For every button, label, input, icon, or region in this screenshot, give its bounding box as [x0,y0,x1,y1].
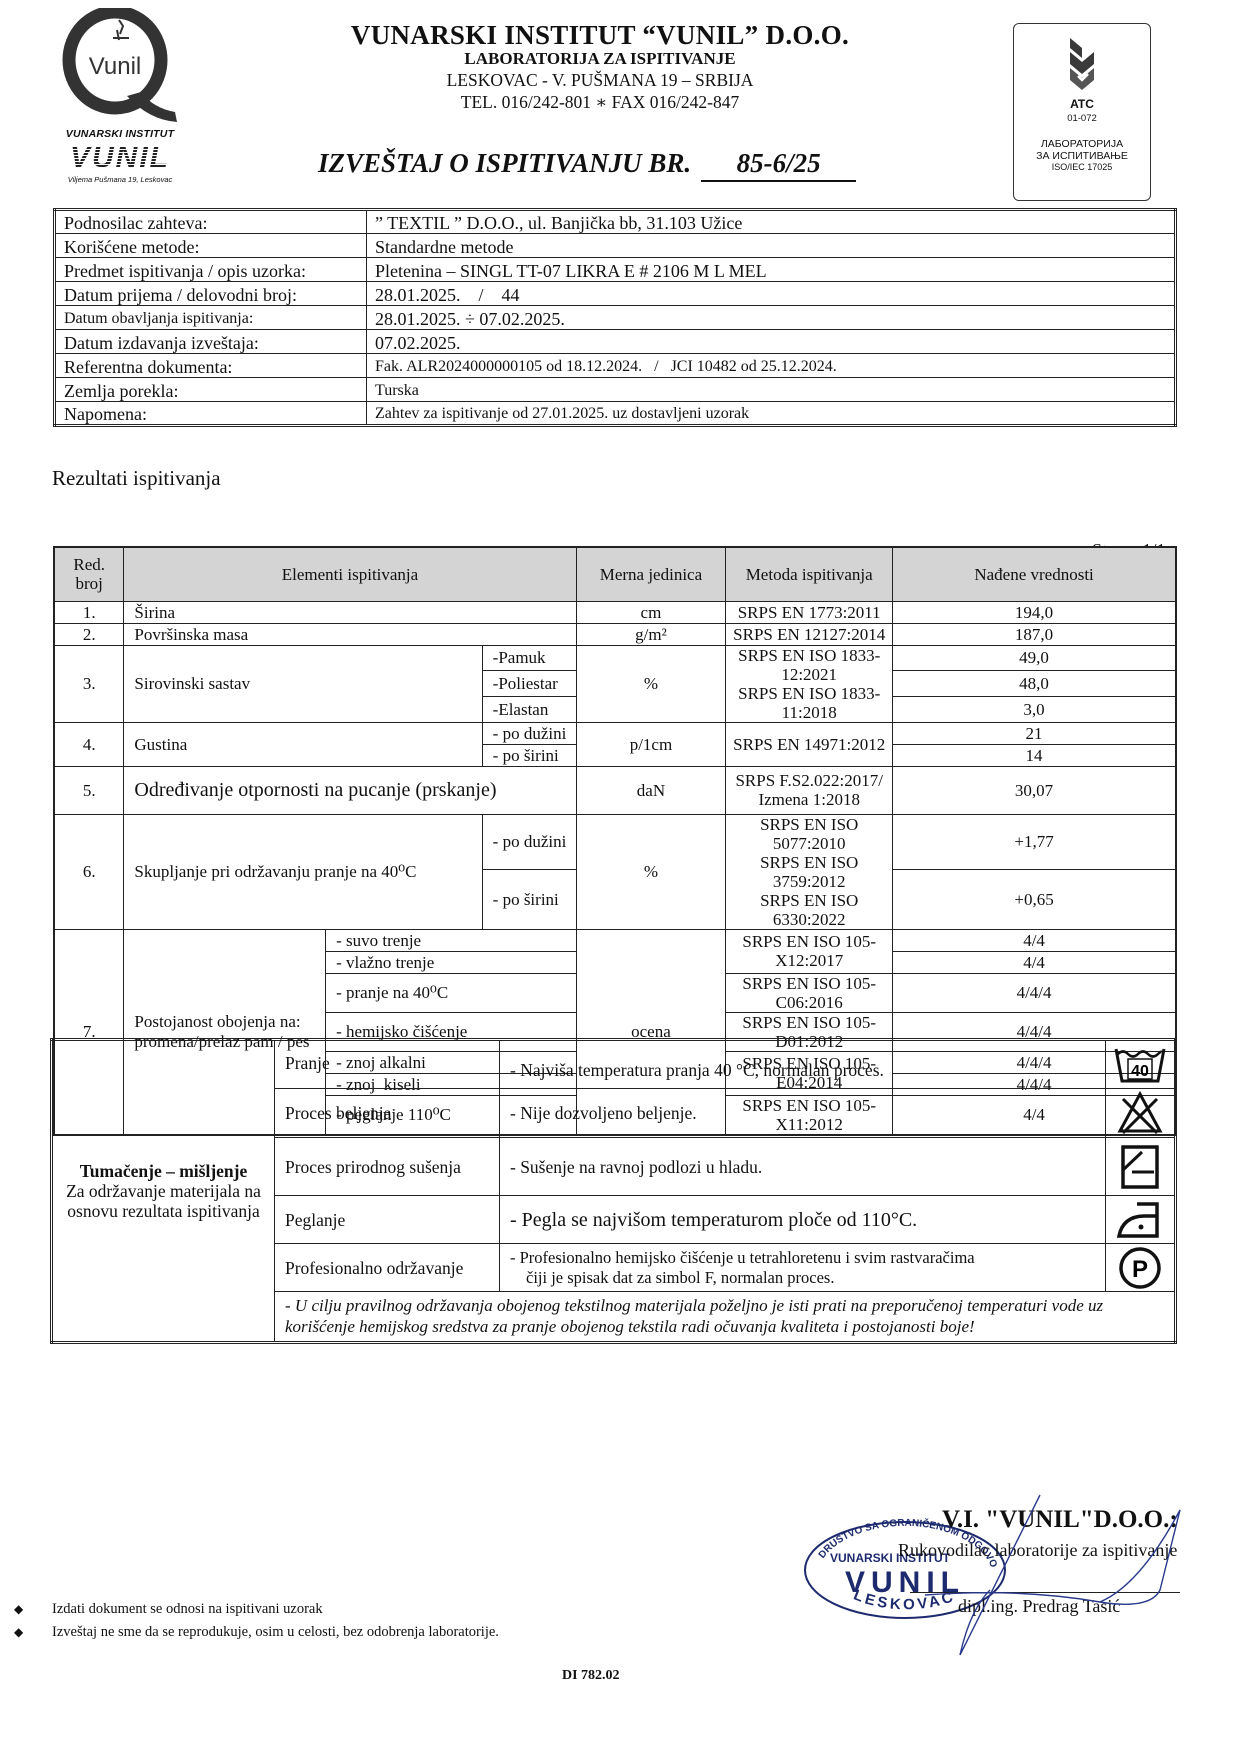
care-label: Peglanje [275,1196,500,1244]
care-description-line: - Profesionalno hemijsko čišćenje u tetr… [510,1248,1105,1268]
accreditation-mark: ATC [1014,97,1150,111]
row-number: 2. [54,623,124,645]
table-row: 6. Skupljanje pri održavanju pranje na 4… [54,814,1176,870]
info-value: Pletenina – SINGL TT-07 LIKRA E # 2106 M… [367,258,1176,282]
row-value: 187,0 [893,623,1176,645]
institute-contact: TEL. 016/242-801 ∗ FAX 016/242-847 [300,92,900,113]
results-section-title: Rezultati ispitivanja [52,466,221,491]
row-sub-label: - pranje na 40⁰C [326,973,576,1012]
row-method: SRPS EN ISO 5077:2010SRPS EN ISO 3759:20… [726,814,893,929]
col-header-method: Metoda ispitivanja [726,547,893,601]
row-number: 3. [54,645,124,722]
care-description: - Sušenje na ravnoj podlozi u hladu. [500,1138,1106,1196]
row-sub-label: -Elastan [482,696,576,722]
footer-notes: ◆Izdati dokument se odnosi na ispitivani… [14,1598,499,1644]
table-row: 4. Gustina - po dužini p/1cm SRPS EN 149… [54,722,1176,744]
care-label: Profesionalno održavanje [275,1244,500,1292]
bullet-icon: ◆ [14,1621,23,1644]
info-value: Fak. ALR2024000000105 od 18.12.2024. / J… [367,354,1176,378]
row-sub-label: - po širini [482,744,576,766]
row-element: Gustina [124,722,482,766]
info-row: Referentna dokumenta:Fak. ALR20240000001… [55,354,1176,378]
accreditation-badge: ATC 01-072 ЛАБОРАТОРИЈА ЗА ИСПИТИВАЊЕ IS… [1013,23,1151,201]
care-symbol [1106,1196,1176,1244]
laboratory-name: LABORATORIJA ZA ISPITIVANJE [300,49,900,69]
info-value: Zahtev za ispitivanje od 27.01.2025. uz … [367,402,1176,426]
atc-accreditation-icon [1062,36,1102,94]
info-label: Zemlja porekla: [55,378,367,402]
care-symbol: 40 [1106,1040,1176,1089]
row-sub-label: -Pamuk [482,645,576,671]
table-row: 2. Površinska masa g/m² SRPS EN 12127:20… [54,623,1176,645]
info-label: Predmet ispitivanja / opis uzorka: [55,258,367,282]
svg-text:P: P [1132,1256,1148,1283]
row-value: 4/4/4 [893,973,1176,1012]
institute-address: LESKOVAC - V. PUŠMANA 19 – SRBIJA [300,70,900,91]
row-unit: cm [576,601,726,623]
info-value: 07.02.2025. [367,330,1176,354]
method-line: SRPS EN ISO 5077:2010 [730,815,888,853]
row-value: 21 [893,722,1176,744]
row-value: 194,0 [893,601,1176,623]
request-info-table: Podnosilac zahteva:” TEXTIL ” D.O.O., ul… [53,208,1177,427]
method-line: SRPS EN ISO 1833-12:2021 [730,646,888,684]
col-header-no: Red. broj [54,547,124,601]
info-value: 28.01.2025. / 44 [367,282,1176,306]
footer-note-text: Izdati dokument se odnosi na ispitivani … [52,1601,323,1617]
row-sub-label: - po dužini [482,814,576,870]
care-row: Tumačenje – mišljenje Za održavanje mate… [52,1040,1176,1089]
row-element: Površinska masa [124,623,576,645]
method-line: SRPS F.S2.022:2017/ [730,771,888,790]
table-row: 3. Sirovinski sastav -Pamuk % SRPS EN IS… [54,645,1176,671]
footer-note: ◆Izdati dokument se odnosi na ispitivani… [14,1598,499,1621]
care-description: - Najviša temperatura pranja 40 °C, norm… [500,1040,1106,1089]
info-value: ” TEXTIL ” D.O.O., ul. Banjička bb, 31.1… [367,210,1176,234]
table-row: 1. Širina cm SRPS EN 1773:2011 194,0 [54,601,1176,623]
info-label: Napomena: [55,402,367,426]
row-sub-label: - vlažno trenje [326,951,576,973]
care-description-line: čiji je spisak dat za simbol F, normalan… [510,1268,1105,1288]
method-line: SRPS EN ISO 6330:2022 [730,891,888,929]
letterhead: VUNARSKI INSTITUT “VUNIL” D.O.O. LABORAT… [300,20,900,113]
row-number: 5. [54,766,124,814]
row-value: 48,0 [893,671,1176,697]
care-symbol [1106,1089,1176,1138]
row-number: 6. [54,814,124,929]
interpretation-title: Tumačenje – mišljenje [59,1161,268,1181]
method-line: SRPS EN ISO 3759:2012 [730,853,888,891]
col-header-unit: Merna jedinica [576,547,726,601]
report-title: IZVEŠTAJ O ISPITIVANJU BR.85-6/25 [318,148,856,182]
row-sub-label: - po širini [482,870,576,929]
institute-name: VUNARSKI INSTITUT “VUNIL” D.O.O. [300,20,900,51]
row-method: SRPS EN 1773:2011 [726,601,893,623]
accreditation-line1: ЛАБОРАТОРИЈА [1014,138,1150,150]
footer-note-text: Izveštaj ne sme da se reprodukuje, osim … [52,1624,499,1640]
care-description: - Pegla se najvišom temperaturom ploče o… [500,1196,1106,1244]
accreditation-code: 01-072 [1014,113,1150,124]
row-method: SRPS EN ISO 1833-12:2021SRPS EN ISO 1833… [726,645,893,722]
info-row: Datum prijema / delovodni broj:28.01.202… [55,282,1176,306]
care-symbol [1106,1138,1176,1196]
info-label: Datum izdavanja izveštaja: [55,330,367,354]
row-element: Sirovinski sastav [124,645,482,722]
svg-text:Vunil: Vunil [89,53,141,80]
care-description: - Nije dozvoljeno beljenje. [500,1089,1106,1138]
q-logo-icon: Vunil [57,8,179,126]
accreditation-standard: ISO/IEC 17025 [1014,162,1150,173]
table-row: 7. Postojanost obojenja na: promena/prel… [54,929,1176,951]
info-row: Datum izdavanja izveštaja:07.02.2025. [55,330,1176,354]
logo-address: Viljema Pušmana 19, Leskovac [55,175,185,184]
row-element: Određivanje otpornosti na pucanje (prska… [124,766,576,814]
row-value: 4/4 [893,951,1176,973]
results-header-row: Red. broj Elementi ispitivanja Merna jed… [54,547,1176,601]
document-code: DI 782.02 [562,1668,620,1684]
row-unit: % [576,645,726,722]
info-row: Datum obavljanja ispitivanja:28.01.2025.… [55,306,1176,330]
care-label: Proces prirodnog sušenja [275,1138,500,1196]
row-method: SRPS EN 12127:2014 [726,623,893,645]
row-unit: daN [576,766,726,814]
col-header-element: Elementi ispitivanja [124,547,576,601]
care-description: - Profesionalno hemijsko čišćenje u tetr… [500,1244,1106,1292]
footer-note: ◆Izveštaj ne sme da se reprodukuje, osim… [14,1621,499,1644]
info-label: Referentna dokumenta: [55,354,367,378]
method-line: Izmena 1:2018 [730,790,888,809]
handwritten-signature [900,1490,1200,1660]
row-method: SRPS EN ISO 105-X12:2017 [726,929,893,973]
info-row: Predmet ispitivanja / opis uzorka:Pleten… [55,258,1176,282]
row-method: SRPS F.S2.022:2017/Izmena 1:2018 [726,766,893,814]
info-row: Podnosilac zahteva:” TEXTIL ” D.O.O., ul… [55,210,1176,234]
info-row: Zemlja porekla:Turska [55,378,1176,402]
wash-40-icon: 40 [1112,1045,1168,1085]
row-unit: % [576,814,726,929]
info-value: Standardne metode [367,234,1176,258]
row-sub-label: - suvo trenje [326,929,576,951]
interpretation-heading: Tumačenje – mišljenje Za održavanje mate… [52,1040,275,1343]
row-number: 4. [54,722,124,766]
info-row: Korišćene metode:Standardne metode [55,234,1176,258]
dry-flat-shade-icon [1120,1144,1160,1190]
dry-clean-p-icon: P [1117,1245,1163,1291]
care-symbol: P [1106,1244,1176,1292]
logo-brand: VUNIL [55,141,185,175]
info-label: Korišćene metode: [55,234,367,258]
institute-logo: Vunil VUNARSKI INSTITUT VUNIL Viljema Pu… [55,8,185,178]
row-value: 14 [893,744,1176,766]
care-label: Proces beljenja [275,1089,500,1138]
method-line: SRPS EN ISO 1833-11:2018 [730,684,888,722]
interpretation-text: Za održavanje materijala na osnovu rezul… [59,1181,268,1221]
care-interpretation-table: Tumačenje – mišljenje Za održavanje mate… [50,1038,1177,1344]
iron-low-temp-icon [1115,1200,1165,1240]
info-label: Datum prijema / delovodni broj: [55,282,367,306]
report-number: 85-6/25 [701,148,856,182]
col-header-value: Nađene vrednosti [893,547,1176,601]
row-value: 3,0 [893,696,1176,722]
row-sub-label: -Poliestar [482,671,576,697]
row-value: 4/4 [893,929,1176,951]
row-number: 1. [54,601,124,623]
logo-caption: VUNARSKI INSTITUT [55,128,185,140]
row-unit: g/m² [576,623,726,645]
row-unit: p/1cm [576,722,726,766]
row-value: +1,77 [893,814,1176,870]
row-value: 30,07 [893,766,1176,814]
svg-text:40: 40 [1131,1063,1149,1080]
report-title-text: IZVEŠTAJ O ISPITIVANJU BR. [318,148,691,178]
row-sub-label: - po dužini [482,722,576,744]
info-label: Podnosilac zahteva: [55,210,367,234]
row-method: SRPS EN ISO 105-C06:2016 [726,973,893,1012]
no-bleach-icon [1117,1091,1163,1135]
care-label: Pranje [275,1040,500,1089]
info-row: Napomena:Zahtev za ispitivanje od 27.01.… [55,402,1176,426]
info-value: Turska [367,378,1176,402]
table-row: 5. Određivanje otpornosti na pucanje (pr… [54,766,1176,814]
row-element: Skupljanje pri održavanju pranje na 40⁰C [124,814,482,929]
care-note: - U cilju pravilnog održavanja obojenog … [275,1292,1176,1343]
accreditation-line2: ЗА ИСПИТИВАЊЕ [1014,150,1150,162]
row-method: SRPS EN 14971:2012 [726,722,893,766]
row-value: +0,65 [893,870,1176,929]
info-value: 28.01.2025. ÷ 07.02.2025. [367,306,1176,330]
info-label: Datum obavljanja ispitivanja: [55,306,367,330]
row-element: Širina [124,601,576,623]
row-value: 49,0 [893,645,1176,671]
bullet-icon: ◆ [14,1598,23,1621]
